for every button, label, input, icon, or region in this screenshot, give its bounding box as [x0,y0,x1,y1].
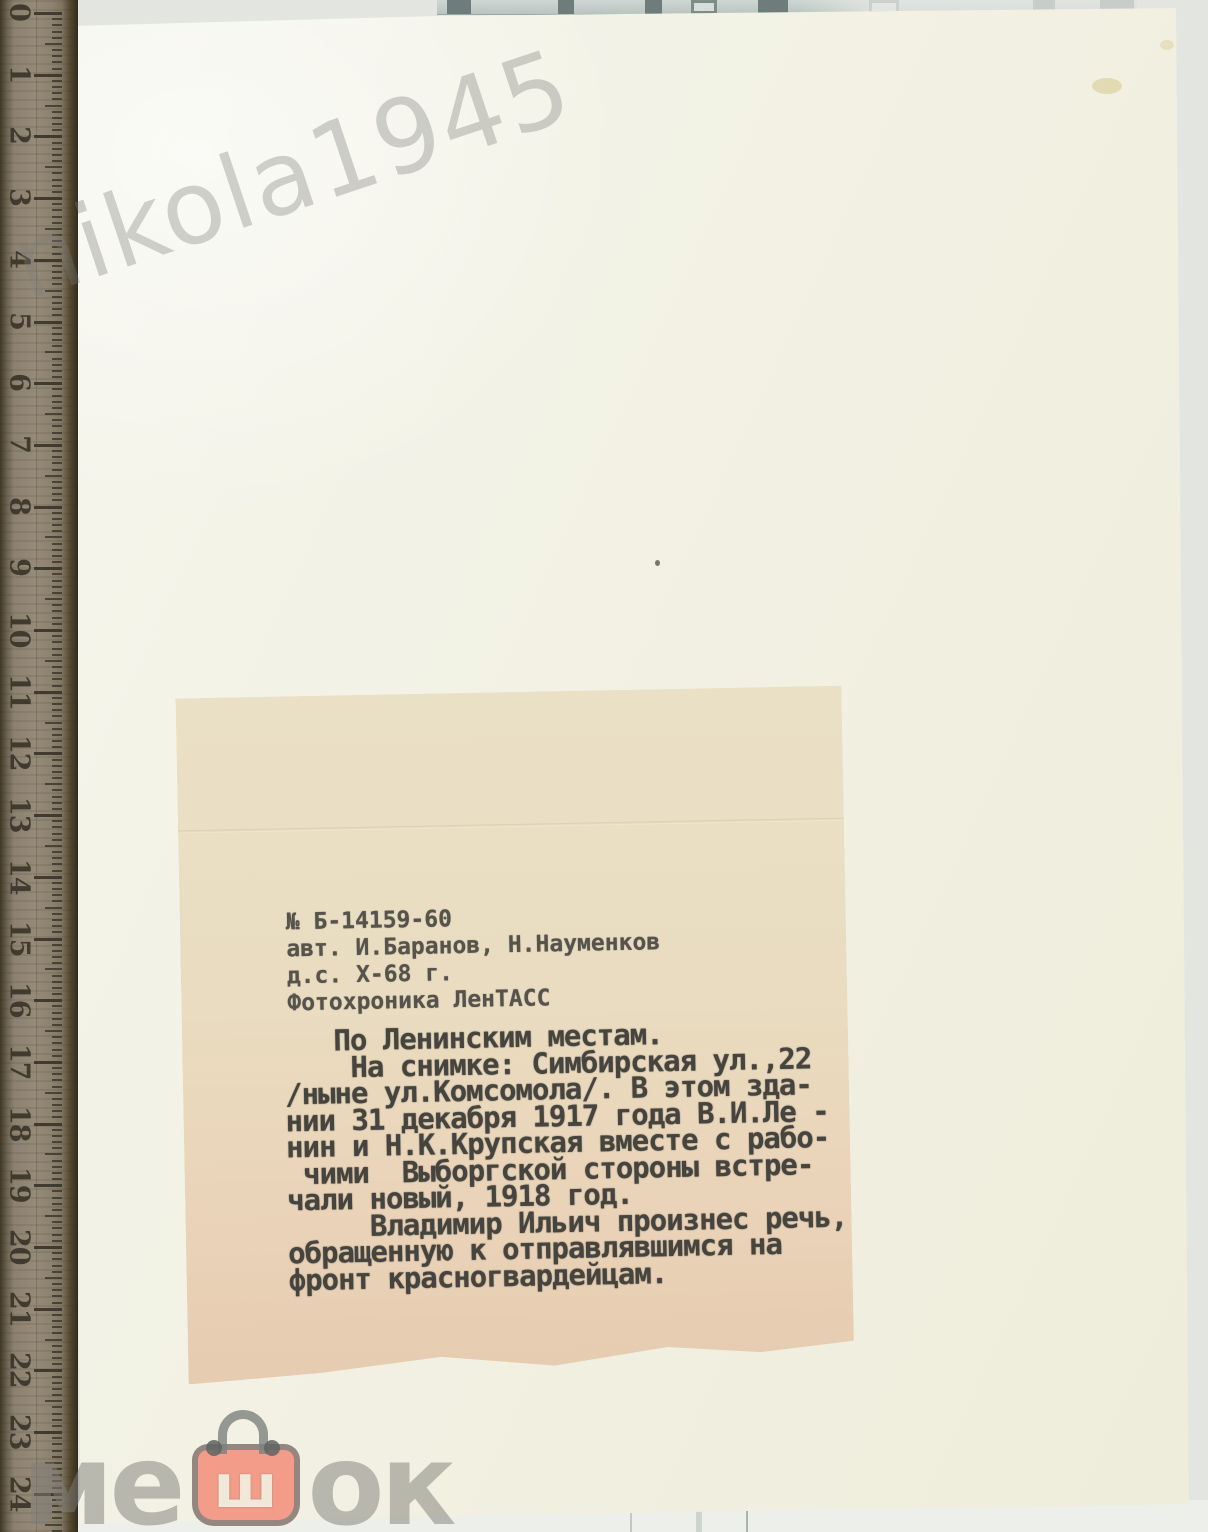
ruler-tick [52,839,62,841]
ruler-number: 2 [4,118,35,152]
ruler-tick [52,185,62,187]
ruler-tick [45,722,62,724]
ruler-tick [52,253,62,255]
ruler-tick [52,142,62,144]
ruler-tick [52,555,62,557]
ruler-tick [52,487,62,489]
ruler-tick [52,1042,62,1044]
ruler-tick [52,715,62,717]
paper-stain [1160,40,1174,50]
ruler-tick [34,74,62,77]
ruler-tick [52,37,62,39]
ruler-tick [52,209,62,211]
ruler-tick [52,1283,62,1285]
ruler-tick [52,1345,62,1347]
ruler-tick [52,993,62,995]
ruler-tick [52,524,62,526]
ruler-tick [52,543,62,545]
ruler-tick [52,530,62,532]
ruler-tick [52,179,62,181]
ruler-tick [52,296,62,298]
ruler-tick [45,660,62,662]
ruler-tick [52,623,62,625]
ruler-tick [52,345,62,347]
ruler-tick [52,364,62,366]
ruler-tick [52,160,62,162]
ruler-tick [34,1246,62,1249]
ruler-tick [52,888,62,890]
ruler-tick [52,1376,62,1378]
ruler-tick [52,1351,62,1353]
scanner-strip-segment [691,0,717,14]
ruler-tick [52,789,62,791]
ruler-tick [52,1234,62,1236]
ruler-tick [34,1123,62,1126]
ruler-tick [52,592,62,594]
ruler-tick [52,512,62,514]
ruler-number: 1 [4,57,35,91]
ruler-tick [52,956,62,958]
ruler-tick [52,1295,62,1297]
ruler-tick [52,1314,62,1316]
ruler-tick [52,863,62,865]
ruler-tick [52,604,62,606]
ruler-tick [52,1073,62,1075]
ruler-tick [52,376,62,378]
ruler-number: 3 [4,180,35,214]
ruler-tick [52,1511,62,1513]
ruler-tick [52,1394,62,1396]
scanner-strip-segment [447,0,471,14]
ruler-tick [52,1456,62,1458]
ruler-tick [52,1209,62,1211]
ruler-tick [52,265,62,267]
ruler-tick [52,802,62,804]
ruler-tick [52,1147,62,1149]
ruler-tick [52,1265,62,1267]
ruler-number: 11 [4,674,35,708]
ruler-tick [34,1431,62,1434]
ruler-tick [45,1462,62,1464]
ruler-tick [52,277,62,279]
ruler-tick [52,456,62,458]
label-crease [178,818,844,834]
ruler-tick [52,666,62,668]
ruler-tick [52,493,62,495]
ruler-grain-line [36,0,37,1532]
ruler-tick [52,358,62,360]
ruler-tick [45,228,62,230]
ruler-tick [52,308,62,310]
ruler-tick [52,610,62,612]
ruler-number: 18 [4,1106,35,1140]
ruler-tick [52,1388,62,1390]
ruler-tick [45,105,62,107]
ruler-tick [52,1480,62,1482]
ruler-number: 17 [4,1044,35,1078]
ruler-tick [52,962,62,964]
ruler-tick [34,12,62,15]
ruler-tick [45,351,62,353]
ruler-tick [52,1067,62,1069]
ruler-tick [52,1018,62,1020]
ruler-tick [52,1086,62,1088]
ruler-tick [45,1400,62,1402]
ruler-tick [52,931,62,933]
ruler-tick [52,641,62,643]
ruler-tick [52,672,62,674]
ruler-tick [52,703,62,705]
ruler-tick [52,68,62,70]
ruler-tick [52,172,62,174]
ruler-tick [52,1258,62,1260]
ruler-tick [52,203,62,205]
ruler-tick [52,450,62,452]
ruler-tick [52,240,62,242]
ruler-tick [52,401,62,403]
ruler-number: 23 [4,1414,35,1448]
ruler-tick [52,1289,62,1291]
ruler-tick [52,1474,62,1476]
caption-body: По Ленинским местам. На снимке: Симбирск… [284,1018,849,1294]
ruler-tick [52,1116,62,1118]
ruler-tick [52,1437,62,1439]
ruler-tick [52,1190,62,1192]
ruler-tick [52,191,62,193]
ruler-tick [52,944,62,946]
ruler-tick [52,1332,62,1334]
ruler-tick [45,1339,62,1341]
ruler-tick [52,55,62,57]
ruler-tick [52,1049,62,1051]
ruler-number: 6 [4,365,35,399]
ruler-tick [52,1012,62,1014]
ruler-number: 24 [4,1476,35,1510]
ruler-tick [34,691,62,694]
ruler-tick [52,24,62,26]
ruler-tick [52,327,62,329]
ruler-tick [52,271,62,273]
ruler-tick [52,900,62,902]
ruler-tick [52,648,62,650]
ruler-tick [52,1487,62,1489]
ruler-tick [34,444,62,447]
ruler-tick [52,1363,62,1365]
ruler-tick [52,1326,62,1328]
ruler: 0123456789101112131415161718192021222324 [0,0,78,1532]
ruler-tick [52,117,62,119]
ruler-tick [52,1443,62,1445]
ruler-tick [52,1104,62,1106]
ruler-tick [34,629,62,632]
ruler-tick [52,1141,62,1143]
ruler-tick [45,536,62,538]
ruler-number: 10 [4,612,35,646]
ruler-tick [45,1277,62,1279]
ruler-tick [45,1215,62,1217]
caption-label: № Б-14159-60авт. И.Баранов, Н.Науменковд… [175,686,854,1385]
caption-line: фронт красногвардейцам. [288,1256,848,1293]
ruler-tick [52,913,62,915]
paper-speck [655,560,660,566]
ruler-tick [52,1098,62,1100]
ruler-tick [52,407,62,409]
ruler-tick [52,148,62,150]
ruler-tick [34,135,62,138]
ruler-tick [52,870,62,872]
ruler-tick [45,968,62,970]
ruler-tick [52,1129,62,1131]
ruler-tick [52,796,62,798]
ruler-tick [52,777,62,779]
ruler-number: 15 [4,921,35,955]
ruler-tick [52,580,62,582]
ruler-tick [52,481,62,483]
ruler-number: 8 [4,489,35,523]
ruler-tick [45,413,62,415]
ruler-tick [52,685,62,687]
ruler-tick [52,882,62,884]
ruler-tick [52,154,62,156]
ruler-tick [52,771,62,773]
ruler-tick [52,438,62,440]
ruler-tick [52,1005,62,1007]
ruler-tick [52,86,62,88]
ruler-number: 9 [4,550,35,584]
ruler-tick [52,728,62,730]
ruler-tick [52,561,62,563]
ruler-number: 21 [4,1291,35,1325]
ruler-tick [52,462,62,464]
ruler-tick [34,321,62,324]
ruler-tick [52,919,62,921]
ruler-tick [34,382,62,385]
ruler-tick [52,222,62,224]
ruler-tick [52,981,62,983]
ruler-tick [52,1517,62,1519]
ruler-tick [52,808,62,810]
ruler-tick [45,783,62,785]
ruler-tick [52,1197,62,1199]
ruler-tick [52,1505,62,1507]
ruler-tick [52,950,62,952]
ruler-number: 4 [4,242,35,276]
scanner-strip-segment [558,0,574,14]
ruler-tick [52,339,62,341]
ruler-tick [34,1369,62,1372]
ruler-tick [52,123,62,125]
ruler-tick [34,999,62,1002]
ruler-tick [52,1203,62,1205]
caption-header: № Б-14159-60авт. И.Баранов, Н.Науменковд… [286,902,662,1017]
ruler-tick [52,678,62,680]
ruler-tick [45,43,62,45]
ruler-number: 20 [4,1229,35,1263]
ruler-tick [52,765,62,767]
ruler-tick [52,129,62,131]
ruler-tick [52,1271,62,1273]
ruler-number: 0 [4,0,35,29]
ruler-tick [52,1160,62,1162]
ruler-tick [52,1055,62,1057]
caption-header-line: Фотохроника ЛенТАСС [287,983,661,1017]
ruler-tick [52,1425,62,1427]
ruler-tick [52,826,62,828]
ruler-tick [52,98,62,100]
photo-back-paper: № Б-14159-60авт. И.Баранов, Н.Науменковд… [0,0,1208,1532]
ruler-tick [52,857,62,859]
ruler-tick [52,654,62,656]
scanner-strip-segment [758,0,788,14]
ruler-tick [52,851,62,853]
ruler-tick [45,290,62,292]
ruler-number: 5 [4,304,35,338]
ruler-tick [52,1227,62,1229]
ruler-tick [34,197,62,200]
ruler-tick [52,1135,62,1137]
ruler-tick [52,697,62,699]
ruler-tick [52,333,62,335]
ruler-tick [45,845,62,847]
scanner-strip-segment [645,0,662,14]
ruler-tick [52,370,62,372]
ruler-number: 19 [4,1167,35,1201]
ruler-tick [34,938,62,941]
ruler-tick [52,432,62,434]
ruler-tick [34,752,62,755]
ruler-number: 13 [4,797,35,831]
ruler-tick [45,475,62,477]
ruler-number: 16 [4,982,35,1016]
ruler-tick [52,734,62,736]
ruler-tick [52,586,62,588]
ruler-tick [52,302,62,304]
ruler-tick [52,549,62,551]
ruler-tick [34,259,62,262]
ruler-tick [52,1468,62,1470]
ruler-tick [52,395,62,397]
ruler-tick [52,61,62,63]
ruler-tick [52,18,62,20]
ruler-tick [45,166,62,168]
ruler-tick [52,216,62,218]
ruler-tick [52,425,62,427]
ruler-tick [45,907,62,909]
ruler-tick [52,92,62,94]
ruler-tick [52,635,62,637]
ruler-tick [52,1178,62,1180]
ruler-tick [52,31,62,33]
ruler-tick [52,1406,62,1408]
ruler-tick [52,925,62,927]
ruler-tick [45,1524,62,1526]
ruler-tick [52,111,62,113]
ruler-tick [52,246,62,248]
ruler-tick [34,1184,62,1187]
ruler-tick [45,1153,62,1155]
ruler-tick [52,1357,62,1359]
ruler-tick [45,1030,62,1032]
ruler-tick [52,1252,62,1254]
ruler-tick [52,499,62,501]
ruler-tick [52,1413,62,1415]
ruler-tick [52,1036,62,1038]
ruler-tick [52,833,62,835]
ruler-tick [52,1110,62,1112]
ruler-tick [52,975,62,977]
ruler-tick [34,506,62,509]
ruler-tick [52,1221,62,1223]
ruler-tick [52,746,62,748]
ruler-tick [34,814,62,817]
ruler-tick [52,1166,62,1168]
ruler-tick [52,987,62,989]
ruler-tick [52,1419,62,1421]
ruler-tick [52,1499,62,1501]
ruler-tick [34,876,62,879]
paper-stain [1092,78,1122,94]
ruler-tick [45,598,62,600]
ruler-tick [52,759,62,761]
ruler-tick [45,1092,62,1094]
ruler-tick [52,617,62,619]
ruler-tick [52,283,62,285]
ruler-tick [34,1061,62,1064]
ruler-tick [52,740,62,742]
ruler-tick [52,1079,62,1081]
ruler-tick [52,573,62,575]
ruler-tick [34,1493,62,1496]
ruler-number: 22 [4,1352,35,1386]
ruler-tick [52,709,62,711]
ruler-tick [52,1382,62,1384]
ruler-tick [52,1302,62,1304]
ruler-tick [52,49,62,51]
ruler-tick [52,80,62,82]
scanned-photo-back: № Б-14159-60авт. И.Баранов, Н.Науменковд… [0,0,1208,1532]
ruler-tick [52,518,62,520]
ruler-tick [52,1172,62,1174]
ruler-tick [52,388,62,390]
ruler-tick [52,894,62,896]
ruler-tick [52,469,62,471]
ruler-tick [52,1240,62,1242]
ruler-tick [34,567,62,570]
ruler-number: 12 [4,735,35,769]
ruler-tick [52,1320,62,1322]
ruler-tick [52,314,62,316]
ruler-number: 14 [4,859,35,893]
ruler-tick [52,419,62,421]
ruler-tick [52,1450,62,1452]
ruler-tick [52,1024,62,1026]
ruler-tick [52,820,62,822]
ruler-tick [52,234,62,236]
ruler-number: 7 [4,427,35,461]
ruler-tick [34,1308,62,1311]
